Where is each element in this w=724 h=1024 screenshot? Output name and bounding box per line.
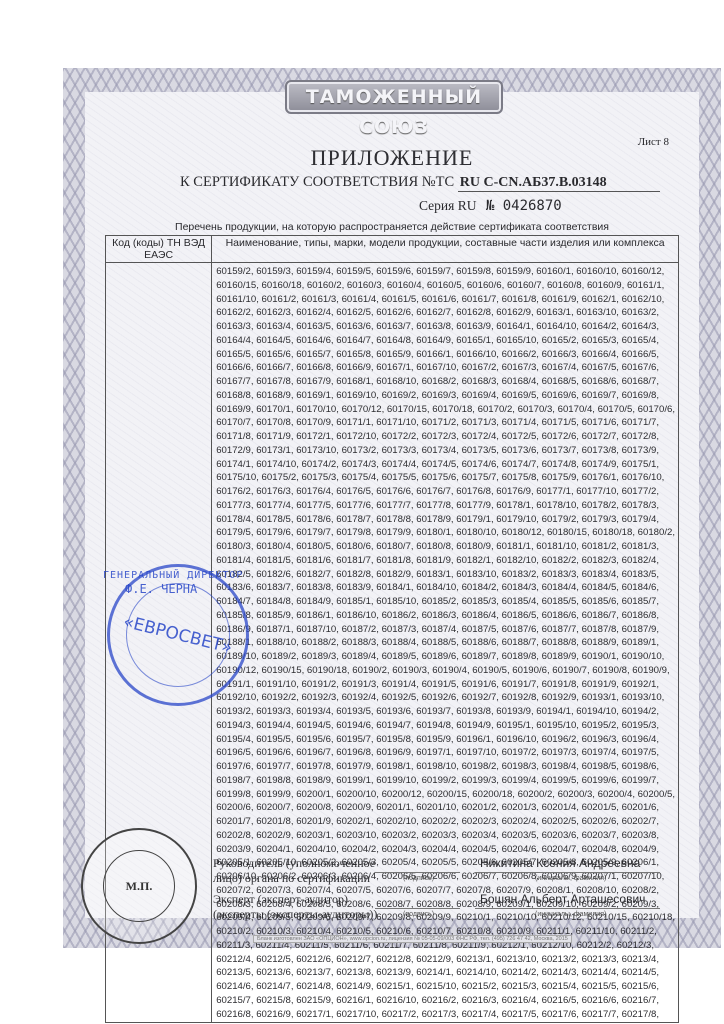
expert-name: Бошян Альберт Арташесович — [480, 892, 645, 906]
expert-signature-line — [375, 908, 460, 909]
table-header-row: Код (коды) ТН ВЭД ЕАЭС Наименование, тип… — [106, 236, 679, 263]
model-list-line: 60183/6, 60183/7, 60183/8, 60183/9, 6018… — [216, 581, 675, 595]
head-label: Руководитель (уполномоченное лицо) орган… — [213, 856, 375, 886]
model-list-line: 60167/7, 60167/8, 60167/9, 60168/1, 6016… — [216, 375, 675, 389]
head-signature-caption: (подпись) — [403, 875, 434, 882]
model-list-line: 60201/7, 60201/8, 60201/9, 60202/1, 6020… — [216, 815, 675, 829]
model-list-line: 60178/4, 60178/5, 60178/6, 60178/7, 6017… — [216, 513, 675, 527]
stamp-director-name: Ф.Е. ЧЕРНА — [125, 582, 197, 596]
model-list-line: 60177/3, 60177/4, 60177/5, 60177/6, 6017… — [216, 499, 675, 513]
model-list-line: 60198/7, 60198/8, 60198/9, 60199/1, 6019… — [216, 774, 675, 788]
model-list-line: 60197/6, 60197/7, 60197/8, 60197/9, 6019… — [216, 760, 675, 774]
head-name-line — [475, 872, 660, 873]
expert-name-line — [475, 908, 660, 909]
model-list-line: 60176/2, 60176/3, 60176/4, 60176/5, 6017… — [216, 485, 675, 499]
printer-imprint: Бланк изготовлен ЗАО «ОПЦИОН», www.opcio… — [253, 935, 572, 943]
model-list-line: 60171/8, 60171/9, 60172/1, 60172/10, 601… — [216, 430, 675, 444]
head-name: Никитина Ксения Андреевна — [480, 856, 640, 870]
column-header-models: Наименование, типы, марки, модели продук… — [212, 236, 679, 263]
series-line: Серия RU № 0426870 — [419, 198, 562, 214]
model-list-line: 60162/2, 60162/3, 60162/4, 60162/5, 6016… — [216, 306, 675, 320]
model-list-line: 60202/8, 60202/9, 60203/1, 60203/10, 602… — [216, 829, 675, 843]
certificate-sheet: ТАМОЖЕННЫЙ СОЮЗ Лист 8 ПРИЛОЖЕНИЕ К СЕРТ… — [63, 68, 721, 948]
model-list-line: 60200/6, 60200/7, 60200/8, 60200/9, 6020… — [216, 801, 675, 815]
model-list-line: 60164/4, 60164/5, 60164/6, 60164/7, 6016… — [216, 334, 675, 348]
model-list-line: 60175/10, 60175/2, 60175/3, 60175/4, 601… — [216, 471, 675, 485]
company-stamp-name: «ЕВРОСВЕТ» — [121, 612, 234, 658]
expert-signature-caption: (подпись) — [403, 911, 434, 918]
certificate-body: ТАМОЖЕННЫЙ СОЮЗ Лист 8 ПРИЛОЖЕНИЕ К СЕРТ… — [85, 92, 699, 918]
model-list-line: 60188/1, 60188/10, 60188/2, 60188/3, 601… — [216, 636, 675, 650]
model-list-line: 60174/1, 60174/10, 60174/2, 60174/3, 601… — [216, 458, 675, 472]
model-list-line: 60212/4, 60212/5, 60212/6, 60212/7, 6021… — [216, 953, 675, 967]
model-list-line: 60179/5, 60179/6, 60179/7, 60179/8, 6017… — [216, 526, 675, 540]
model-list-line: 60163/3, 60163/4, 60163/5, 60163/6, 6016… — [216, 320, 675, 334]
expert-label-line-1: Эксперт (эксперт-аудитор) — [213, 892, 348, 906]
model-list-line: 60161/10, 60161/2, 60161/3, 60161/4, 601… — [216, 293, 675, 307]
model-list-line: 60160/15, 60160/18, 60160/2, 60160/3, 60… — [216, 279, 675, 293]
model-list-line: 60196/5, 60196/6, 60196/7, 60196/8, 6019… — [216, 746, 675, 760]
certificate-prefix: К СЕРТИФИКАТУ СООТВЕТСТВИЯ №ТС — [180, 174, 454, 190]
certification-body-stamp: М.П. — [81, 828, 197, 944]
model-list-line: 60168/8, 60168/9, 60169/1, 60169/10, 601… — [216, 389, 675, 403]
page-title: ПРИЛОЖЕНИЕ — [85, 145, 699, 171]
model-list-line: 60191/1, 60191/10, 60191/2, 60191/3, 601… — [216, 678, 675, 692]
model-list-line: 60190/12, 60190/15, 60190/18, 60190/2, 6… — [216, 664, 675, 678]
product-list-caption: Перечень продукции, на которую распростр… — [85, 221, 699, 233]
model-list-line: 60213/5, 60213/6, 60213/7, 60213/8, 6021… — [216, 966, 675, 980]
model-list-line: 60194/3, 60194/4, 60194/5, 60194/6, 6019… — [216, 719, 675, 733]
model-list-line: 60184/7, 60184/8, 60184/9, 60185/1, 6018… — [216, 595, 675, 609]
model-list-line: 60170/7, 60170/8, 60170/9, 60171/1, 6017… — [216, 416, 675, 430]
model-list-line: 60193/2, 60193/3, 60193/4, 60193/5, 6019… — [216, 705, 675, 719]
model-list-line: 60186/9, 60187/1, 60187/10, 60187/2, 601… — [216, 623, 675, 637]
certificate-reference: К СЕРТИФИКАТУ СООТВЕТСТВИЯ №ТС RU С-CN.А… — [180, 174, 660, 192]
model-list-line: 60169/9, 60170/1, 60170/10, 60170/12, 60… — [216, 403, 675, 417]
column-header-codes: Код (коды) ТН ВЭД ЕАЭС — [106, 236, 212, 263]
model-list-line: 60203/9, 60204/1, 60204/10, 60204/2, 602… — [216, 843, 675, 857]
model-list-line: 60214/6, 60214/7, 60214/8, 60214/9, 6021… — [216, 980, 675, 994]
model-list-line: 60216/8, 60216/9, 60217/1, 60217/10, 602… — [216, 1008, 675, 1022]
head-label-line-1: Руководитель (уполномоченное — [213, 856, 375, 870]
head-label-line-2: лицо) органа по сертификации — [213, 871, 370, 885]
series-number: № 0426870 — [486, 198, 562, 214]
model-list-line: 60192/10, 60192/2, 60192/3, 60192/4, 601… — [216, 691, 675, 705]
model-list-line: 60185/8, 60185/9, 60186/1, 60186/10, 601… — [216, 609, 675, 623]
model-list-line: 60180/3, 60180/4, 60180/5, 60180/6, 6018… — [216, 540, 675, 554]
model-list-line: 60215/7, 60215/8, 60215/9, 60216/1, 6021… — [216, 994, 675, 1008]
expert-label-line-2: (эксперты (эксперты-аудиторы)) — [213, 907, 377, 921]
model-list-line: 60159/2, 60159/3, 60159/4, 60159/5, 6015… — [216, 265, 675, 279]
head-name-caption: (инициалы, фамилия) — [535, 875, 606, 882]
customs-union-banner: ТАМОЖЕННЫЙ СОЮЗ — [285, 80, 503, 114]
model-list-line: 60181/4, 60181/5, 60181/6, 60181/7, 6018… — [216, 554, 675, 568]
expert-label: Эксперт (эксперт-аудитор) (эксперты (экс… — [213, 892, 377, 922]
model-list-line: 60172/9, 60173/1, 60173/10, 60173/2, 601… — [216, 444, 675, 458]
model-list-line: 60165/5, 60165/6, 60165/7, 60165/8, 6016… — [216, 348, 675, 362]
certificate-number: RU С-CN.АБ37.В.03148 — [458, 175, 660, 192]
model-list-line: 60199/8, 60199/9, 60200/1, 60200/10, 602… — [216, 788, 675, 802]
model-list-line: 60189/10, 60189/2, 60189/3, 60189/4, 601… — [216, 650, 675, 664]
model-list-line: 60166/6, 60166/7, 60166/8, 60166/9, 6016… — [216, 361, 675, 375]
head-signature-line — [375, 872, 460, 873]
seal-mark: М.П. — [126, 879, 153, 894]
model-list-line: 60195/4, 60195/5, 60195/6, 60195/7, 6019… — [216, 733, 675, 747]
expert-name-caption: (инициалы, фамилия) — [535, 911, 606, 918]
series-label: Серия RU — [419, 198, 476, 213]
model-list-line: 60182/5, 60182/6, 60182/7, 60182/8, 6018… — [216, 568, 675, 582]
